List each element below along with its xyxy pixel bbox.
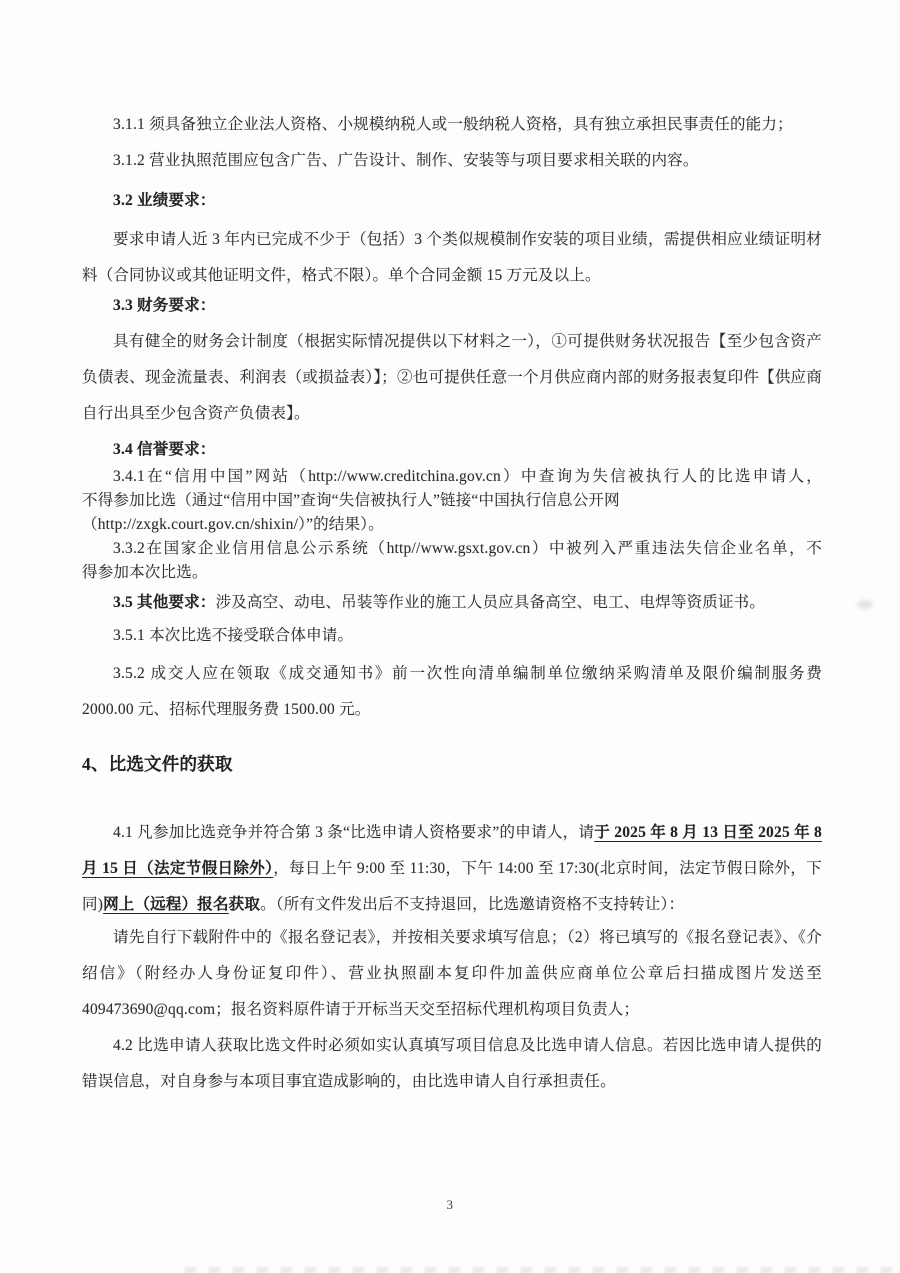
clause-3-4-1-line1: 3.4.1在“信用中国”网站（http://www.creditchina.go… [82, 465, 822, 489]
heading-3-5-label: 3.5 其他要求： [113, 594, 216, 611]
clause-3-4-1-line2: 不得参加比选（通过“信用中国”查询“失信被执行人”链接“中国执行信息公开网 [82, 489, 822, 513]
clause-3-3-body: 具有健全的财务会计制度（根据实际情况提供以下材料之一），①可提供财务状况报告【至… [82, 324, 822, 432]
clause-3-5-2-line2: 2000.00 元、招标代理服务费 1500.00 元。 [82, 692, 822, 728]
next-page-bleed-edge [185, 1267, 900, 1273]
clause-4-2: 4.2 比选申请人获取比选文件时必须如实认真填写项目信息及比选申请人信息。若因比… [82, 1028, 822, 1100]
clause-3-1-1: 3.1.1 须具备独立企业法人资格、小规模纳税人或一般纳税人资格，具有独立承担民… [82, 107, 822, 143]
heading-4-document-acquisition: 4、比选文件的获取 [82, 744, 822, 784]
clause-4-1: 4.1 凡参加比选竞争并符合第 3 条“比选申请人资格要求”的申请人，请于 20… [82, 815, 822, 923]
clause-3-1-2: 3.1.2 营业执照范围应包含广告、广告设计、制作、安装等与项目要求相关联的内容… [82, 143, 822, 179]
clause-3-3-2-line2: 得参加本次比选。 [82, 561, 822, 585]
clause-3-5-2-line1: 3.5.2 成交人应在领取《成交通知书》前一次性向清单编制单位缴纳采购清单及限价… [82, 656, 822, 692]
clause-3-3-2-line1: 3.3.2在国家企业信用信息公示系统（http//www.gsxt.gov.cn… [82, 537, 822, 561]
clause-3-4-1: 3.4.1在“信用中国”网站（http://www.creditchina.go… [82, 465, 822, 537]
clause-3-3-2: 3.3.2在国家企业信用信息公示系统（http//www.gsxt.gov.cn… [82, 537, 822, 585]
scan-smudge-mark [857, 600, 873, 609]
heading-3-2-performance-requirements: 3.2 业绩要求： [82, 183, 822, 219]
clause-3-4-1-line3: （http://zxgk.court.gov.cn/shixin/）”的结果）。 [82, 513, 822, 537]
clause-4-1-intro: 4.1 凡参加比选竞争并符合第 3 条“比选申请人资格要求”的申请人，请 [113, 824, 594, 841]
clause-3-2-body: 要求申请人近 3 年内已完成不少于（包括）3 个类似规模制作安装的项目业绩，需提… [82, 222, 822, 294]
clause-3-5-1: 3.5.1 本次比选不接受联合体申请。 [82, 618, 822, 654]
clause-4-1-note: 。（所有文件发出后不支持退回，比选邀请资格不支持转让）： [260, 896, 684, 913]
acquire-word: 获取 [229, 896, 260, 913]
heading-3-4-credit-requirements: 3.4 信誉要求： [82, 432, 822, 468]
registration-procedure-paragraph: 请先自行下载附件中的《报名登记表》，并按相关要求填写信息；（2）将已填写的《报名… [82, 920, 822, 1028]
page-number: 3 [0, 1196, 900, 1214]
clause-3-5-2: 3.5.2 成交人应在领取《成交通知书》前一次性向清单编制单位缴纳采购清单及限价… [82, 656, 822, 728]
online-remote-registration: 网上（远程）报名 [103, 896, 229, 913]
clause-3-5-other-requirements: 3.5 其他要求：涉及高空、动电、吊装等作业的施工人员应具备高空、电工、电焊等资… [82, 585, 822, 621]
scanned-document-page: 3.1.1 须具备独立企业法人资格、小规模纳税人或一般纳税人资格，具有独立承担民… [0, 0, 900, 1273]
clause-3-5-text: 涉及高空、动电、吊装等作业的施工人员应具备高空、电工、电焊等资质证书。 [216, 594, 766, 611]
